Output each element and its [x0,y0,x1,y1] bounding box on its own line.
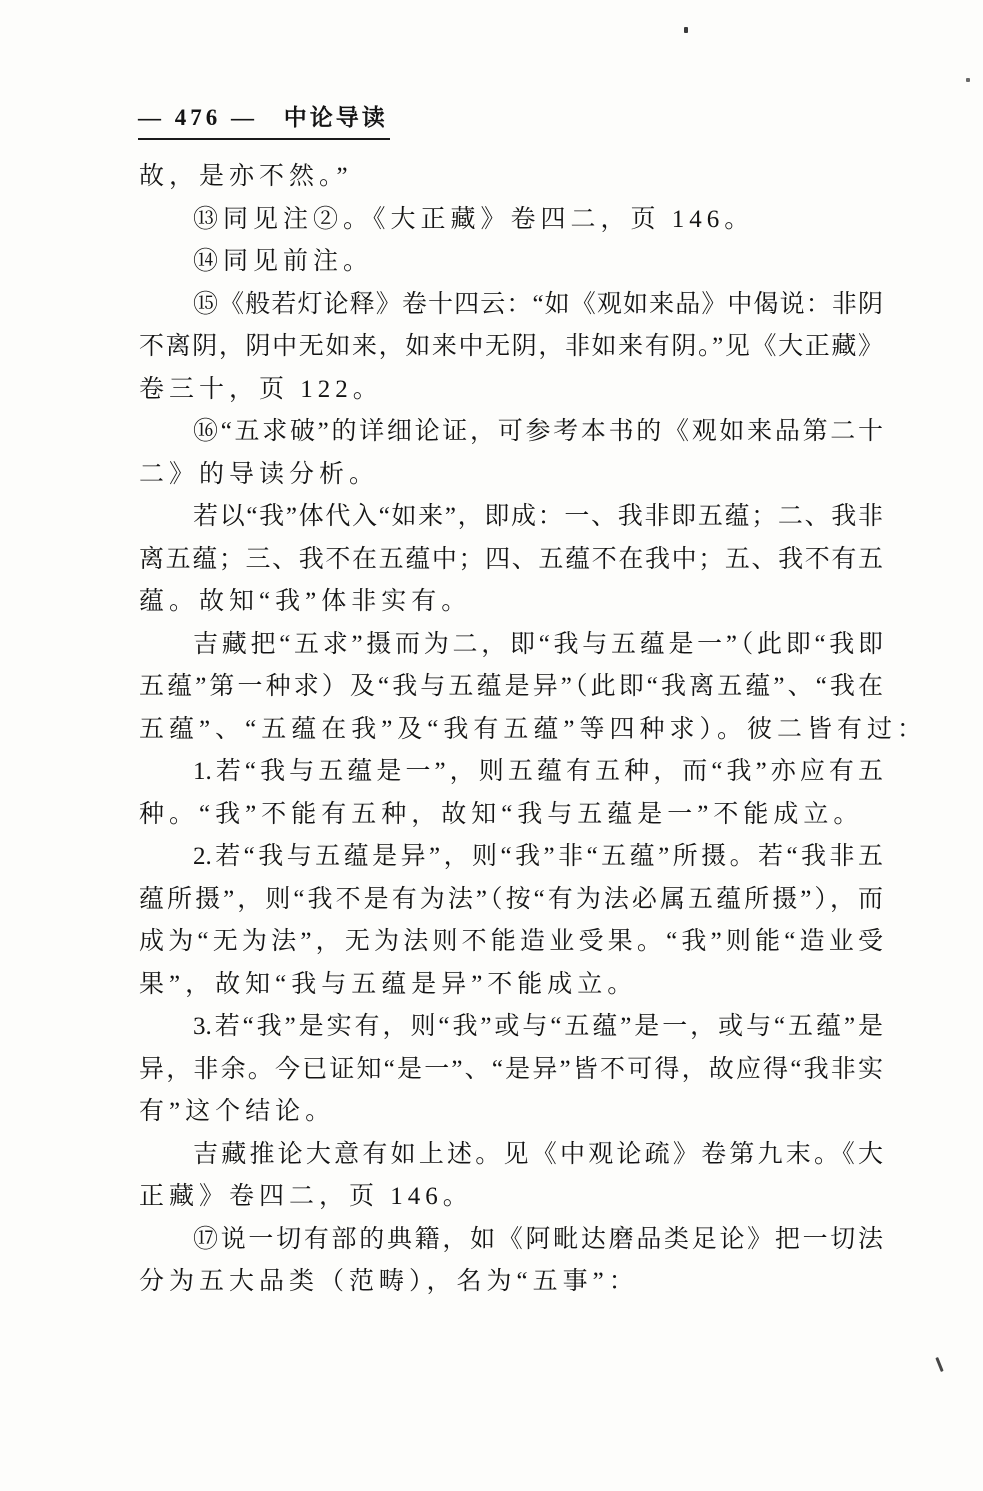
text-line: 五蕴”、“五蕴在我”及“我有五蕴”等四种求）。彼二皆有过： [139,709,883,752]
text-line: 分为五大品类（范畴），名为“五事”： [139,1261,883,1304]
text-line: 吉藏推论大意有如上述。见《中观论疏》卷第九末。《大 [139,1134,883,1177]
text-line: 有”这个结论。 [139,1091,883,1134]
text-line: ⑰说一切有部的典籍，如《阿毗达磨品类足论》把一切法 [139,1219,883,1262]
page-number: — 476 — [138,105,258,130]
text-line: 五蕴”第一种求）及“我与五蕴是异”（此即“我离五蕴”、“我在 [139,666,883,709]
text-line: 蕴。故知“我”体非实有。 [139,581,883,624]
text-line: 离五蕴；三、我不在五蕴中；四、五蕴不在我中；五、我不有五 [139,539,883,582]
text-line: 种。“我”不能有五种，故知“我与五蕴是一”不能成立。 [139,794,883,837]
text-line: 1.若“我与五蕴是一”，则五蕴有五种，而“我”亦应有五 [139,751,883,794]
body-text: 故，是亦不然。” ⑬同见注②。《大正藏》卷四二，页 146。 ⑭同见前注。 ⑮《… [139,156,883,1304]
page-header: — 476 — 中论导读 [138,99,390,140]
text-line: ⑯“五求破”的详细论证，可参考本书的《观如来品第二十 [139,411,883,454]
text-line: 异，非余。今已证知“是一”、“是异”皆不可得，故应得“我非实 [139,1049,883,1092]
text-line: 3.若“我”是实有，则“我”或与“五蕴”是一，或与“五蕴”是 [139,1006,883,1049]
text-line: 不离阴，阴中无如来，如来中无阴，非如来有阴。”见《大正藏》 [139,326,883,369]
scan-artifact [966,78,970,82]
text-line: 卷三十，页 122。 [139,369,883,412]
text-line: 2.若“我与五蕴是异”，则“我”非“五蕴”所摄。若“我非五 [139,836,883,879]
text-line: 果”，故知“我与五蕴是异”不能成立。 [139,964,883,1007]
text-line: 成为“无为法”，无为法则不能造业受果。“我”则能“造业受 [139,921,883,964]
text-line: ⑭同见前注。 [139,241,883,284]
text-line: 正藏》卷四二，页 146。 [139,1176,883,1219]
text-line: 若以“我”体代入“如来”，即成：一、我非即五蕴；二、我非 [139,496,883,539]
text-line: 故，是亦不然。” [139,156,883,199]
text-line: ⑬同见注②。《大正藏》卷四二，页 146。 [139,199,883,242]
text-line: 吉藏把“五求”摄而为二，即“我与五蕴是一”（此即“我即 [139,624,883,667]
book-title: 中论导读 [284,105,388,130]
text-line: 二》的导读分析。 [139,454,883,497]
scan-artifact [684,27,688,33]
text-line: 蕴所摄”，则“我不是有为法”（按“有为法必属五蕴所摄”），而 [139,879,883,922]
scan-artifact [935,1357,943,1372]
text-line: ⑮《般若灯论释》卷十四云：“如《观如来品》中偈说：非阴 [139,284,883,327]
